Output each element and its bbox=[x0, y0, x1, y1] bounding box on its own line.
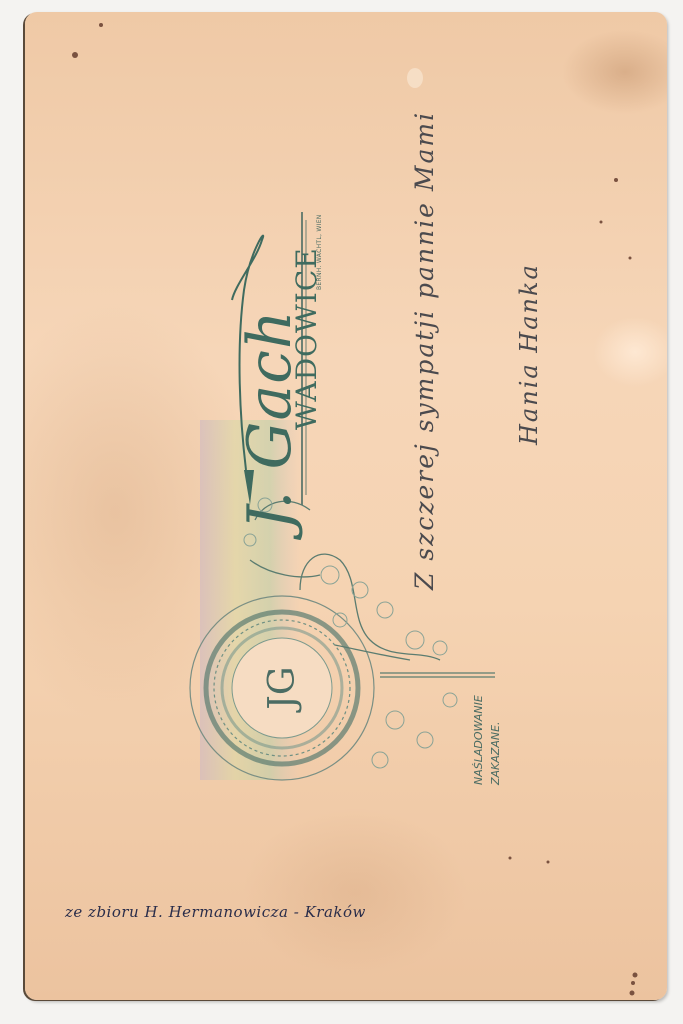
handwritten-signature: Hania Hanka bbox=[515, 263, 543, 445]
collection-note: ze zbioru H. Hermanowicza - Kraków bbox=[65, 903, 366, 921]
studio-ornament: JG bbox=[0, 0, 683, 1024]
copy-notice: NAŚLADOWANIE ZAKAZANE. bbox=[470, 695, 504, 785]
copy-notice-line1: NAŚLADOWANIE bbox=[470, 695, 487, 785]
printer-imprint: BERNH. WACHTL, WIEN bbox=[316, 214, 323, 290]
copy-notice-line2: ZAKAZANE. bbox=[487, 695, 504, 785]
handwritten-dedication: Z szczerej sympatji pannie Mami bbox=[410, 111, 439, 590]
svg-text:JG: JG bbox=[262, 666, 303, 713]
age-spots bbox=[72, 23, 638, 996]
